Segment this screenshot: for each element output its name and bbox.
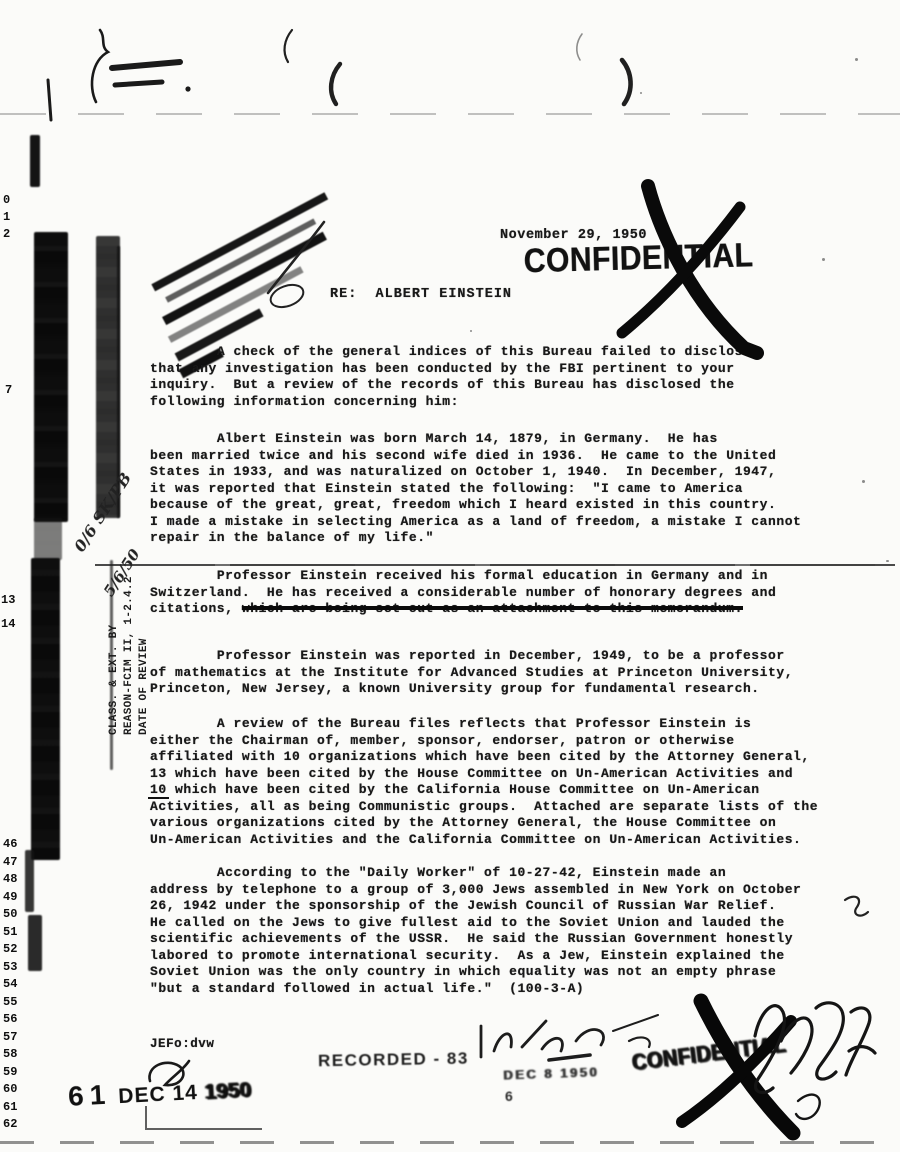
scan-line-bottom — [0, 1141, 900, 1144]
margin-line-numbers-bottom: 46 47 48 49 50 51 52 53 54 55 56 57 58 5… — [3, 836, 17, 1134]
paragraph-2: Albert Einstein was born March 14, 1879,… — [150, 431, 830, 547]
paragraph-4: Professor Einstein was reported in Decem… — [150, 648, 830, 698]
scan-line-divider — [95, 564, 895, 566]
scan-line-top — [0, 113, 900, 115]
underline-artifact — [148, 797, 169, 799]
confidential-stamp-bottom: CONFIDENTIAL — [631, 1032, 788, 1077]
paper-speck — [862, 480, 865, 483]
stray-paren-marks — [285, 30, 631, 104]
margin-artifact — [31, 558, 60, 860]
margin-artifact — [28, 915, 42, 971]
margin-artifact — [34, 518, 62, 560]
margin-line-numbers-lower: 13 14 — [1, 588, 15, 636]
paper-speck — [822, 258, 825, 261]
typist-initials: JEFo:dvw — [150, 1036, 214, 1053]
paper-speck — [640, 92, 642, 94]
paragraph-3-struck-text: which are being set out as an attachment… — [242, 601, 743, 616]
filed-stamp-year: 1950 — [204, 1078, 252, 1104]
margin-artifact — [34, 232, 68, 522]
paper-speck — [855, 58, 858, 61]
recorded-stamp: RECORDED - 83 — [318, 1049, 469, 1072]
paper-speck — [196, 938, 199, 941]
margin-artifact — [30, 135, 40, 187]
margin-line-number-mid: 7 — [5, 383, 12, 397]
paragraph-5: A review of the Bureau files reflects th… — [150, 716, 840, 848]
corner-bracket-artifact — [145, 1106, 262, 1130]
paper-speck — [886, 560, 889, 562]
scanned-fbi-memo-page: 0 1 2 7 13 14 46 47 48 49 50 51 52 53 54… — [0, 0, 900, 1152]
filed-stamp-prefix: 61 — [67, 1079, 112, 1113]
handwritten-mark — [845, 897, 868, 916]
received-date-stamp: DEC 8 1950 — [503, 1064, 599, 1082]
confidential-stamp-top: CONFIDENTIAL — [523, 235, 754, 281]
filed-stamp-month-day: DEC 14 — [118, 1081, 199, 1109]
margin-artifact — [25, 850, 34, 912]
received-stamp-number: 6 — [505, 1088, 513, 1104]
margin-line-numbers-top: 0 1 2 — [3, 192, 10, 243]
paragraph-6: According to the "Daily Worker" of 10-27… — [150, 865, 840, 997]
paper-speck — [470, 330, 472, 332]
subject-line: RE: ALBERT EINSTEIN — [330, 287, 512, 304]
paragraph-3: Professor Einstein received his formal e… — [150, 568, 830, 618]
paragraph-1: A check of the general indices of this B… — [150, 344, 830, 410]
signature-scrawl — [755, 1003, 875, 1119]
staple-mark — [48, 30, 191, 120]
